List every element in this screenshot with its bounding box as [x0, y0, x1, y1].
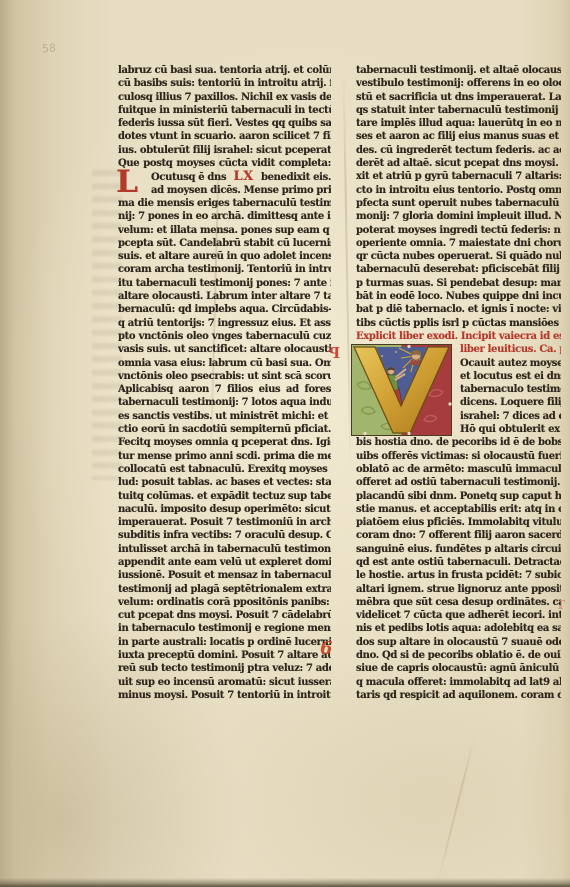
- text-line: ad moysen dicēs. Mense primo pri-: [118, 184, 331, 197]
- text-line: uit sup eo incensū aromatū: sicut iusser…: [118, 676, 331, 689]
- text-line: dotes vtunt in scuario. aaron scilicet 7…: [118, 130, 331, 143]
- text-line: velum: ordinatis corā ppositōnis panibs:…: [118, 596, 331, 609]
- text-line: Fecitq moyses omnia q pceperat dns. Igi-: [118, 436, 331, 449]
- rubric-explicit-exodus: Explicit liber exodi. Incipit vaiecra id…: [356, 330, 561, 343]
- parchment-page: 58 labruz cū basi sua. tentoria atrij. e…: [0, 0, 570, 887]
- text-line: suis. et altare aureū in quo adolet ince…: [118, 250, 331, 263]
- text-line: tuitq colūmas. et expādit tectuz sup tab…: [118, 490, 331, 503]
- text-line: in parte australi: locatis p ordinē luce…: [118, 636, 331, 649]
- right-lines-top: tabernaculi testimonij. et altaē olocaus…: [356, 64, 561, 330]
- page-bottom-edge-shadow: [0, 878, 570, 887]
- text-line: le hostie. artus in frusta pcidēt: 7 sub…: [356, 569, 561, 582]
- text-line: oblatō ac de armēto: masculū immaculatū: [356, 463, 561, 476]
- text-line: taris qd respicit ad aquilonem. coram dn…: [356, 689, 561, 702]
- text-line: ctio eorū in sacdotiū sempiternū pficiat…: [118, 423, 331, 436]
- text-line: culosq illius 7 paxillos. Nichil ex vasi…: [118, 91, 331, 104]
- text-line: intulisset archā in tabernaculū testimon…: [118, 543, 331, 556]
- text-line: vasis suis. ut sanctificet: altare oloca…: [118, 343, 331, 356]
- text-line: piatōem eius pficiēs. Immolabitq vituluz: [356, 516, 561, 529]
- text-line: mēbra que sūt cesa desup ordinātes. capu…: [356, 596, 561, 609]
- leviticus-opening-block: V: [356, 343, 561, 436]
- text-line: derēt ad altaē. sicut pcepat dns moysi. …: [356, 157, 561, 170]
- text-line: dicens. Loquere filijs: [460, 396, 561, 409]
- text-line: testimonij ad plagā septētrionalem extra: [118, 583, 331, 596]
- text-segment: Ocutusq ē dns: [151, 171, 226, 183]
- text-line: stū et sacrificia ut dns imperauerat. La…: [356, 91, 561, 104]
- text-line: tabernaculi testimonij. et altaē olocaus…: [356, 64, 561, 77]
- text-segment: benedixit eis.: [261, 171, 331, 183]
- text-line: Hō qui obtulerit ex vo-: [460, 423, 561, 436]
- text-line: nij: 7 pones in eo archā. dimittesq ante…: [118, 210, 331, 223]
- text-line: labruz cū basi sua. tentoria atrij. et c…: [118, 64, 331, 77]
- text-line: iussionē. Posuit et mensaz in tabernacul…: [118, 569, 331, 582]
- quire-signature-mark: 6: [320, 638, 333, 659]
- text-line: Aplicabisq aaron 7 filios eius ad fores: [118, 383, 331, 396]
- left-text-column: labruz cū basi sua. tentoria atrij. et c…: [118, 64, 331, 702]
- text-line: altari ignem. strue lignoruz ante pposit…: [356, 583, 561, 596]
- text-line: tabernaculū deserebat: pficiscebāt filij…: [356, 263, 561, 276]
- text-line: ma die mensis eriges tabernaculū testimo…: [118, 197, 331, 210]
- text-line: pto vnctōnis oleo vnges tabernaculū cuz: [118, 330, 331, 343]
- pencil-folio-number: 58: [42, 42, 57, 56]
- text-line: imperauerat. Posuit 7 testimoniū in arch…: [118, 516, 331, 529]
- text-line: velum: et illata mensa. pones sup eam q …: [118, 224, 331, 237]
- text-line: poterat moyses ingredi tectū federis: nu…: [356, 224, 561, 237]
- text-line: q atriū tentorijs: 7 ingressuz eius. Et …: [118, 317, 331, 330]
- text-line: cū basibs suis: tentoriū in introitu atr…: [118, 77, 331, 90]
- text-line: cut pcepat dns moysi. Posuit 7 cādelabrū: [118, 609, 331, 622]
- text-line: cto in introitu eius tentorio. Postq omn…: [356, 184, 561, 197]
- text-line: lud: posuit tablas. ac bases et vectes: …: [118, 476, 331, 489]
- text-line: dos sup altare in olocaustū 7 suauē odor…: [356, 636, 561, 649]
- left-lines-rest: ma die mensis eriges tabernaculū testimo…: [118, 197, 331, 702]
- text-line: bernaculū: qd implebs aqua. Circūdabis-: [118, 303, 331, 316]
- lombard-initial-l: L: [116, 167, 138, 197]
- right-text-column: tabernaculi testimonij. et altaē olocaus…: [356, 64, 561, 702]
- text-line: reū sub tecto testimonij ptra veluz: 7 a…: [118, 662, 331, 675]
- text-line: qs statuit inter tabernaculū testimonij …: [356, 104, 561, 117]
- text-line: xit et atriū p gyrū tabernaculi 7 altari…: [356, 170, 561, 183]
- text-line: collocatū est tabnaculū. Erexitq moyses …: [118, 463, 331, 476]
- text-line: itu tabernaculi testimonij pones: 7 ante…: [118, 277, 331, 290]
- text-line: es sanctis vestibs. ut ministrēt michi: …: [118, 410, 331, 423]
- text-line: offeret ad ostiū tabernaculi testimonij.…: [356, 476, 561, 489]
- text-line: stie manus. et acceptabilis erit: atq in…: [356, 503, 561, 516]
- text-line: vestibulo testimonij: offerens in eo olo…: [356, 77, 561, 90]
- manuscript-photo: { "colors": { "parchment": "#e7ddc2", "i…: [0, 0, 570, 887]
- chapter-number: LX: [234, 170, 254, 183]
- text-line: iuxta preceptū domini. Posuit 7 altare a…: [118, 649, 331, 662]
- text-line: qd est ante ostiū tabernaculi. Detractaq…: [356, 556, 561, 569]
- text-line: monij: 7 gloria domini impleuit illud. N…: [356, 210, 561, 223]
- text-line: p turmas suas. Si pendebat desup: mane-: [356, 277, 561, 290]
- text-line: israhel: 7 dices ad eos.: [460, 410, 561, 423]
- text-line: appendit ante eam velū ut expleret domin…: [118, 556, 331, 569]
- text-line: sanguinē eius. fundētes p altaris circui…: [356, 543, 561, 556]
- text-line: bāt in eodē loco. Nubes quippe dni incub…: [356, 290, 561, 303]
- text-line: tare implēs illud aqua: lauerūtq in eo m…: [356, 117, 561, 130]
- text-line: siue de capris olocaustū: agnū āniculū 7…: [356, 662, 561, 675]
- text-line: bat p diē tabernaclo. et ignis ī nocte: …: [356, 303, 561, 316]
- illuminated-initial-v: V: [351, 344, 452, 436]
- text-line: pcepta sūt. Candelabrū stabit cū lucerni…: [118, 237, 331, 250]
- text-line: nis et pedibs lotis aqua: adolebitq ea s…: [356, 622, 561, 635]
- initial-v-miniature: [351, 344, 452, 436]
- text-line: naculū. imposito desup operimēto: sicut …: [118, 503, 331, 516]
- text-line: tibs cūctis pplis isrl p cūctas mansiōes…: [356, 317, 561, 330]
- text-line-with-chapter: Ocutusq ē dns LX benedixit eis.: [118, 170, 331, 183]
- text-line: vnctōnis oleo psecrabis: ut sint scā sco…: [118, 370, 331, 383]
- right-lines-rest: bis hostia dno. de pecoribs id ē de bobs…: [356, 436, 561, 702]
- text-line: Ocauit autez moysen:: [460, 357, 561, 370]
- text-line: ius. obtulerūt filij israhel: sicut pcep…: [118, 144, 331, 157]
- text-line: coram archa testimonij. Tentoriū in intr…: [118, 263, 331, 276]
- text-line: altare olocausti. Labrum inter altare 7 …: [118, 290, 331, 303]
- left-lines-top: labruz cū basi sua. tentoria atrij. et c…: [118, 64, 331, 170]
- text-line: federis iussa sūt fieri. Vestes qq quibs…: [118, 117, 331, 130]
- text-line: q macula offeret: immolabitq ad lat9 al-: [356, 676, 561, 689]
- text-line: tabernaculo testimonij: [460, 383, 561, 396]
- text-line: uibs offerēs victimas: si olocaustū fuer…: [356, 450, 561, 463]
- parchment-crease: [437, 737, 475, 883]
- text-line: qr cūcta nubes operuerat. Si quādo nubes: [356, 250, 561, 263]
- text-line: fuitque in ministeriū tabernaculi in tec…: [118, 104, 331, 117]
- text-line: tur mense primo anni scdi. prima die men…: [118, 450, 331, 463]
- text-line: coram dno: 7 offerent filij aaron sacerd…: [356, 529, 561, 542]
- text-line: placandū sibi dnm. Ponetq sup caput ho-: [356, 490, 561, 503]
- text-line: operiente omnia. 7 maiestate dni chorusc…: [356, 237, 561, 250]
- text-line: tabernaculi testimonij: 7 lotos aqua ind…: [118, 396, 331, 409]
- text-line: subditis infra vectibs: 7 oraculū desup.…: [118, 529, 331, 542]
- text-line: et locutus est ei dns de: [460, 370, 561, 383]
- text-line: in tabernaculo testimonij e regione mens…: [118, 622, 331, 635]
- text-line: ses et aaron ac filij eius manus suas et…: [356, 130, 561, 143]
- text-line: videlicet 7 cūcta que adherēt iecori. in…: [356, 609, 561, 622]
- rubric-incipit-leviticus: liber leuiticus. Ca. pmū.: [460, 343, 561, 356]
- text-line: pfecta sunt operuit nubes tabernaculū te…: [356, 197, 561, 210]
- text-line: minus moysi. Posuit 7 tentoriū in introi…: [118, 689, 331, 702]
- rubricator-guide-letter: P: [329, 344, 340, 362]
- text-line: des. cū ingrederēt tectum federis. ac ac…: [356, 144, 561, 157]
- text-line: dno. Qd si de pecoribs oblatio ē. de oui…: [356, 649, 561, 662]
- text-line: omnia vasa eius: labrum cū basi sua. Omā: [118, 357, 331, 370]
- text-line: Que postq moyses cūcta vidit completa:: [118, 157, 331, 170]
- text-line: bis hostia dno. de pecoribs id ē de bobs…: [356, 436, 561, 449]
